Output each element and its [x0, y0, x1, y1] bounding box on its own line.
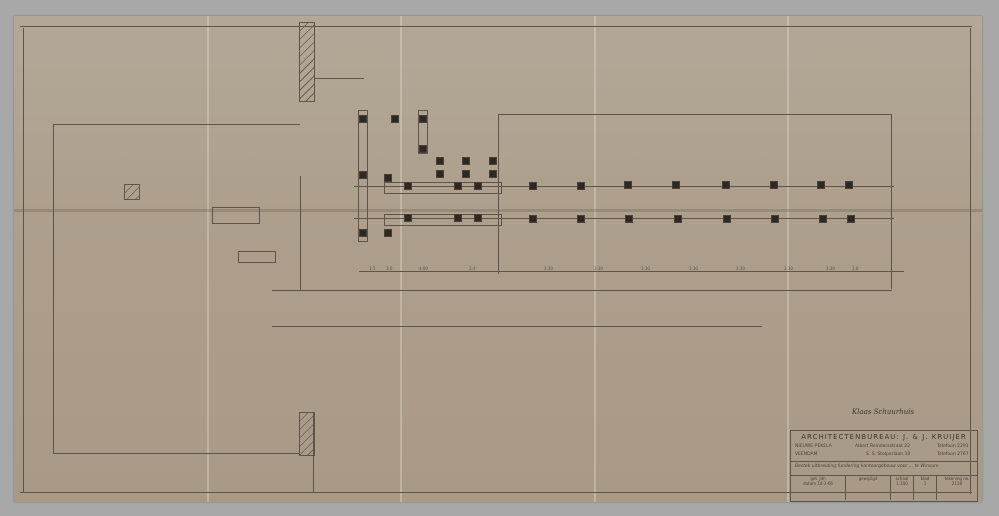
dimension-line: [359, 271, 904, 272]
office-1-phone: Telefoon 2291: [937, 444, 969, 449]
extension-wall: [498, 114, 892, 115]
column-footing: [845, 181, 853, 189]
column-footing: [404, 182, 412, 190]
dimension-line: [300, 176, 301, 291]
column-footing: [419, 115, 427, 123]
tb-cell-drawing-no: tekening no. 2118: [937, 476, 977, 500]
column-footing: [672, 181, 680, 189]
title-block: ARCHITECTENBUREAU: J. & J. KRUIJER NIEUW…: [790, 430, 978, 502]
tb-cell-drawn: get. Jdn datum 14-3-66: [791, 476, 846, 500]
fold-line: [207, 16, 209, 502]
column-footing: [625, 215, 633, 223]
column-footing: [771, 215, 779, 223]
column-footing: [529, 215, 537, 223]
dimension-label: 3.30: [826, 266, 835, 271]
column-footing: [674, 215, 682, 223]
wall-line: [53, 124, 300, 125]
office-1-city: NIEUWE-PEKELA: [795, 444, 832, 449]
grid-line: [354, 218, 894, 219]
column-footing: [359, 171, 367, 179]
column-footing: [359, 115, 367, 123]
dimension-label: 3.30: [641, 266, 650, 271]
opening: [212, 207, 260, 224]
firm-name: ARCHITECTENBUREAU: J. & J. KRUIJER: [791, 433, 977, 441]
column-footing: [462, 170, 470, 178]
frame-right: [970, 28, 971, 494]
fold-line: [594, 16, 596, 502]
column-footing: [577, 182, 585, 190]
extension-wall: [891, 114, 892, 289]
dimension-label: 3.30: [736, 266, 745, 271]
column-footing: [454, 182, 462, 190]
column-footing: [489, 157, 497, 165]
office-2-phone: Telefoon 2767: [937, 452, 969, 457]
column-footing: [436, 157, 444, 165]
dimension-line: [272, 290, 892, 291]
dimension-label: 3.30: [544, 266, 553, 271]
column-footing: [384, 174, 392, 182]
fold-line: [400, 16, 402, 502]
dimension-label: 3.0: [386, 266, 392, 271]
column-footing: [817, 181, 825, 189]
column-footing: [577, 215, 585, 223]
dimension-line: [314, 78, 364, 79]
office-2-city: VEENDAM: [795, 452, 817, 457]
extension-wall: [498, 114, 499, 274]
frame-top: [20, 26, 972, 27]
dimension-line: [272, 326, 762, 327]
drawing-description: Bestek uitbreiding fundering kantoorgebo…: [795, 464, 939, 469]
tb-cell-scale: schaal 1:100: [891, 476, 914, 500]
column-footing: [722, 181, 730, 189]
wall-line: [53, 453, 300, 454]
column-footing: [819, 215, 827, 223]
dimension-label: 3.30: [689, 266, 698, 271]
column-footing: [489, 170, 497, 178]
tb-cell-sheet: blad 1: [914, 476, 937, 500]
column-footing: [359, 229, 367, 237]
wall-line: [313, 412, 314, 492]
wall-line: [53, 124, 54, 454]
signature: Klaas Schuurhuis: [852, 408, 914, 416]
frame-left: [23, 28, 24, 492]
opening: [238, 251, 276, 263]
fold-line: [787, 16, 789, 502]
foundation-beam: [384, 214, 502, 226]
column-footing: [436, 170, 444, 178]
hatched-column: [124, 184, 140, 200]
column-footing: [770, 181, 778, 189]
dimension-label: 2.0: [852, 266, 858, 271]
tb-cell-modified: gewijzigd: [846, 476, 891, 500]
blueprint-sheet: 1.5 3.0 4.00 2.4 3.30 3.30 3.30 3.30 3.3…: [14, 16, 982, 502]
column-footing: [847, 215, 855, 223]
dimension-label: 4.00: [419, 266, 428, 271]
column-footing: [624, 181, 632, 189]
column-footing: [404, 214, 412, 222]
foundation-beam: [384, 182, 502, 194]
column-footing: [454, 214, 462, 222]
office-2-address: S. S. Stolperlaan 10: [866, 452, 910, 457]
column-footing: [474, 214, 482, 222]
column-footing: [391, 115, 399, 123]
column-footing: [723, 215, 731, 223]
hatched-wall: [299, 22, 315, 102]
column-footing: [529, 182, 537, 190]
column-footing: [419, 145, 427, 153]
column-footing: [462, 157, 470, 165]
office-1-address: Albert Reindersstraat 22: [855, 444, 910, 449]
dimension-label: 2.4: [469, 266, 475, 271]
column-footing: [474, 182, 482, 190]
dimension-label: 3.30: [784, 266, 793, 271]
dimension-label: 3.30: [594, 266, 603, 271]
dimension-label: 1.5: [369, 266, 375, 271]
column-footing: [384, 229, 392, 237]
